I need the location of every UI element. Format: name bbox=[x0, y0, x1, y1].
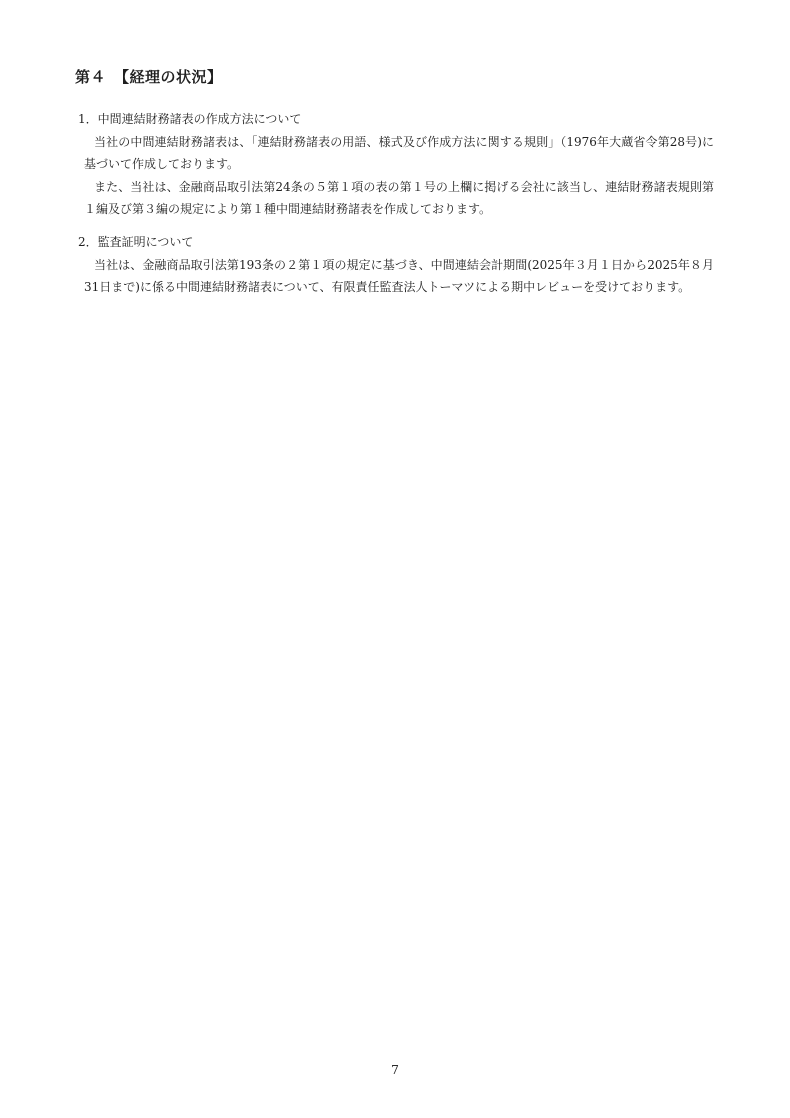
paragraph: また、当社は、金融商品取引法第24条の５第１項の表の第１号の上欄に掲げる会社に該… bbox=[84, 176, 714, 221]
page-number: 7 bbox=[0, 1061, 790, 1079]
document-page: 第４ 【経理の状況】 1．中間連結財務諸表の作成方法について 当社の中間連結財務… bbox=[0, 0, 790, 1118]
section-body: 当社は、金融商品取引法第193条の２第１項の規定に基づき、中間連結会計期間(20… bbox=[84, 254, 714, 299]
section-heading: 1．中間連結財務諸表の作成方法について bbox=[78, 108, 714, 131]
paragraph: 当社は、金融商品取引法第193条の２第１項の規定に基づき、中間連結会計期間(20… bbox=[84, 254, 714, 299]
section-accounting-method: 1．中間連結財務諸表の作成方法について 当社の中間連結財務諸表は、「連結財務諸表… bbox=[78, 108, 714, 221]
section-heading: 2．監査証明について bbox=[78, 231, 714, 254]
page-title: 第４ 【経理の状況】 bbox=[75, 66, 223, 88]
section-body: 当社の中間連結財務諸表は、「連結財務諸表の用語、様式及び作成方法に関する規則」（… bbox=[84, 131, 714, 221]
paragraph: 当社の中間連結財務諸表は、「連結財務諸表の用語、様式及び作成方法に関する規則」（… bbox=[84, 131, 714, 176]
section-audit-certification: 2．監査証明について 当社は、金融商品取引法第193条の２第１項の規定に基づき、… bbox=[78, 231, 714, 299]
